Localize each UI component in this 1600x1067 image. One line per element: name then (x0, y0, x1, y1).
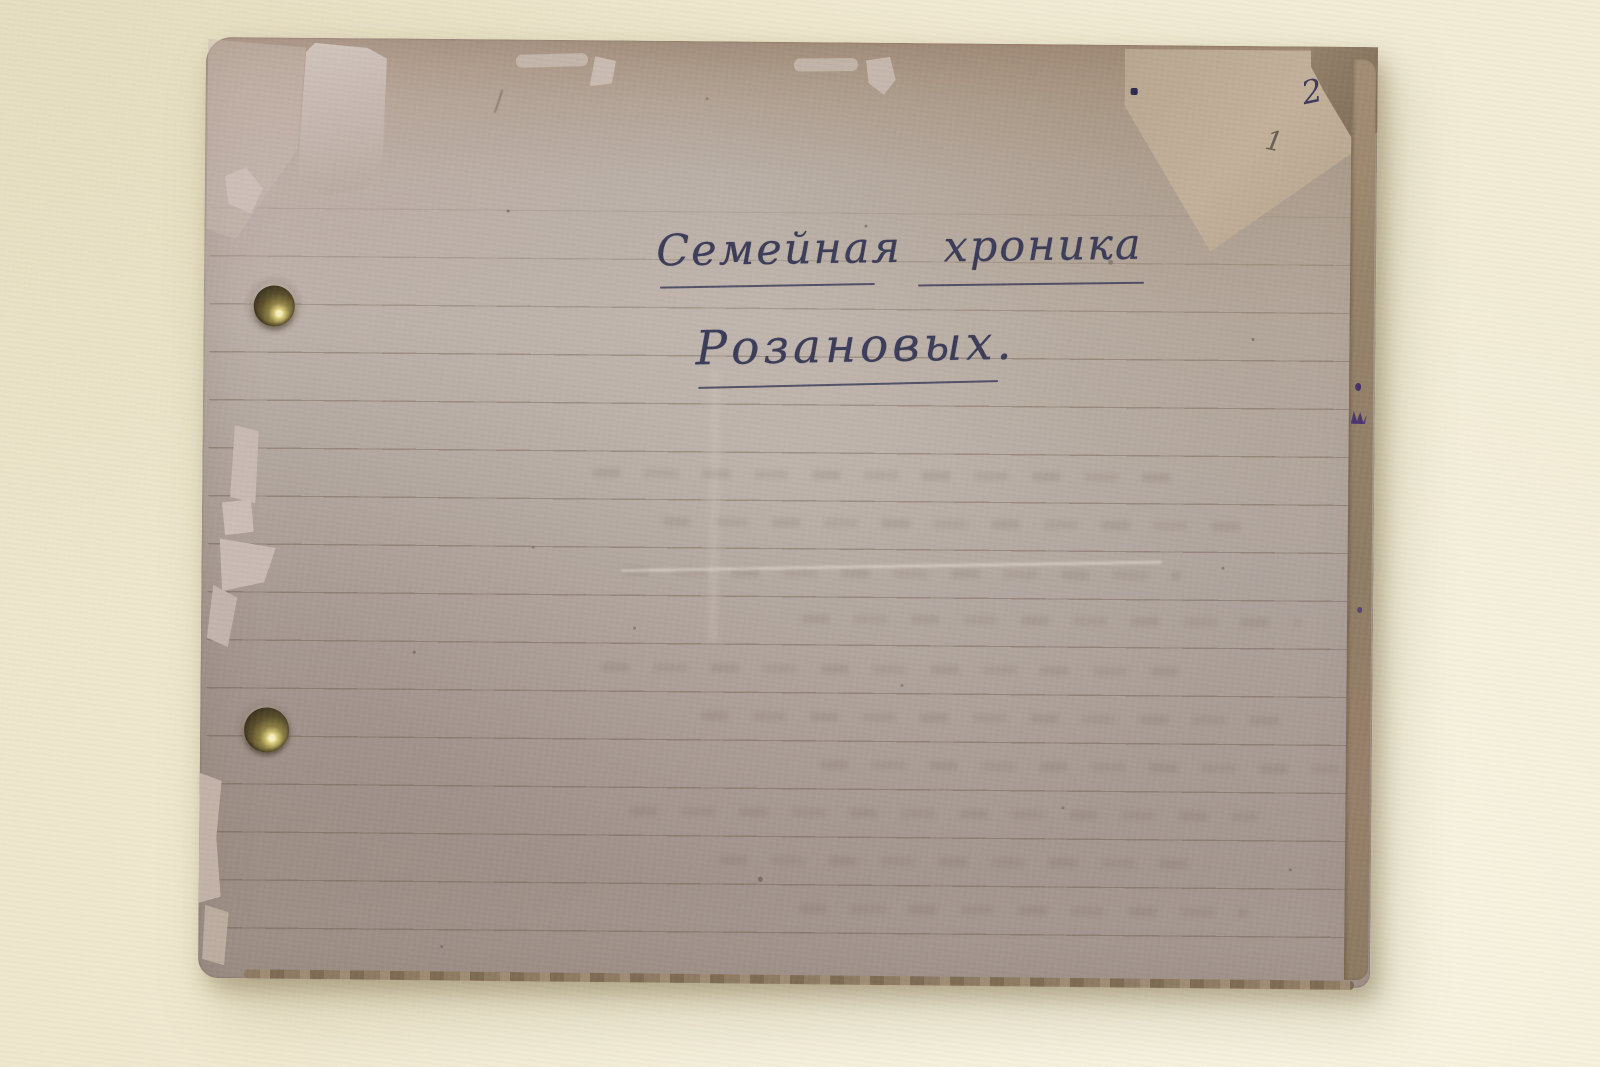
handwritten-title-line-2: Розановых. (695, 316, 1016, 377)
ink-bleedthrough-line (801, 614, 1301, 627)
ink-bleedthrough-line (621, 567, 1181, 581)
torn-paper-patch (590, 56, 616, 86)
torn-paper-patch (794, 58, 858, 72)
torn-paper-patch (1141, 71, 1206, 95)
torn-paper-patch (1104, 47, 1378, 259)
ink-bleedthrough-line (629, 807, 1259, 821)
ink-bleedthrough-line (592, 468, 1192, 482)
torn-paper-patch (219, 529, 276, 591)
torn-paper-patch (866, 57, 896, 95)
notebook-cover: Семейная хроника Розановых. 2 1 (198, 37, 1378, 988)
ink-bleedthrough-line (799, 904, 1249, 917)
brass-fastener-top (254, 285, 295, 326)
torn-paper-patch (222, 499, 254, 535)
photo-backdrop: Семейная хроника Розановых. 2 1 (0, 0, 1600, 1067)
handwritten-title-line-1: Семейная хроника (656, 220, 1143, 277)
title-underline (698, 380, 998, 389)
torn-paper-patch (225, 167, 263, 213)
torn-paper-patch (298, 43, 387, 196)
ink-speck (1131, 88, 1138, 95)
title-underline (660, 283, 875, 289)
torn-paper-patch (516, 53, 588, 68)
page-edges (1344, 59, 1376, 980)
torn-paper-patch (230, 425, 259, 503)
paper-specks (206, 37, 209, 40)
torn-paper-patch (206, 39, 306, 240)
ink-bleedthrough-line (700, 711, 1280, 725)
brass-fastener-bottom (244, 707, 289, 752)
paper-crease (709, 371, 719, 641)
page-number-ink: 2 (1298, 71, 1326, 112)
torn-paper-patch (199, 773, 222, 903)
ink-bleedthrough-line (601, 662, 1201, 676)
worn-bottom-edge (244, 969, 1354, 990)
torn-paper-patch (202, 905, 229, 965)
ink-bleedthrough-line (820, 760, 1340, 774)
title-underline (918, 282, 1144, 287)
torn-paper-patch (207, 585, 238, 647)
ink-bleedthrough-line (719, 855, 1199, 868)
pencil-scratch (494, 90, 504, 113)
ink-bleedthrough-line (662, 517, 1252, 531)
page-number-pencil: 1 (1263, 125, 1286, 159)
